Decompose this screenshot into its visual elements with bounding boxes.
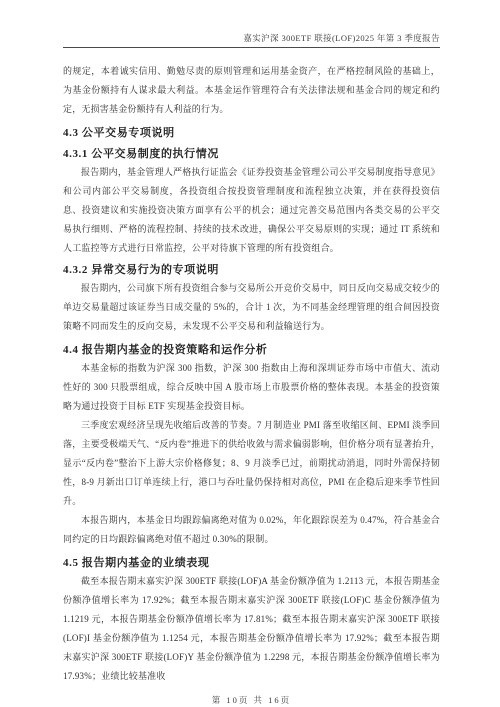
paragraph-continuation: 的规定，本着诚实信用、勤勉尽责的原则管理和运用基金资产，在严格控制风险的基础上，… [63, 62, 440, 119]
paragraph-4-4-3: 本报告期内，本基金日均跟踪偏离绝对值为 0.02%，年化跟踪误差为 0.47%，… [63, 511, 440, 549]
paragraph-4-5-1: 截至本报告期末嘉实沪深 300ETF 联接(LOF)A 基金份额净值为 1.21… [63, 572, 440, 686]
page-number-indicator: 第 10页 共 16页 [63, 691, 440, 707]
section-heading-4-5: 4.5 报告期内基金的业绩表现 [63, 554, 440, 572]
paragraph-4-3-1: 报告期内，基金管理人严格执行证监会《证券投资基金管理公司公平交易制度指导意见》和… [63, 163, 440, 258]
section-heading-4-3-2: 4.3.2 异常交易行为的专项说明 [63, 261, 440, 279]
section-heading-4-4: 4.4 报告期内基金的投资策略和运作分析 [63, 341, 440, 359]
section-heading-4-3: 4.3 公平交易专项说明 [63, 124, 440, 142]
report-body: 的规定，本着诚实信用、勤勉尽责的原则管理和运用基金资产，在严格控制风险的基础上，… [63, 62, 440, 707]
section-heading-4-3-1: 4.3.1 公平交易制度的执行情况 [63, 145, 440, 163]
report-page: 嘉实沪深 300ETF 联接(LOF)2025 年第 3 季度报告 的规定，本着… [0, 0, 500, 707]
report-header-title: 嘉实沪深 300ETF 联接(LOF)2025 年第 3 季度报告 [63, 0, 440, 48]
paragraph-4-4-2: 三季度宏观经济呈现先收缩后改善的节奏。7 月制造业 PMI 落至收缩区间、EPM… [63, 416, 440, 511]
paragraph-4-3-2: 报告期内，公司旗下所有投资组合参与交易所公开竞价交易中，同日反向交易成交较少的单… [63, 279, 440, 336]
paragraph-4-4-1: 本基金标的指数为沪深 300 指数，沪深 300 指数由上海和深圳证券市场中市值… [63, 359, 440, 416]
